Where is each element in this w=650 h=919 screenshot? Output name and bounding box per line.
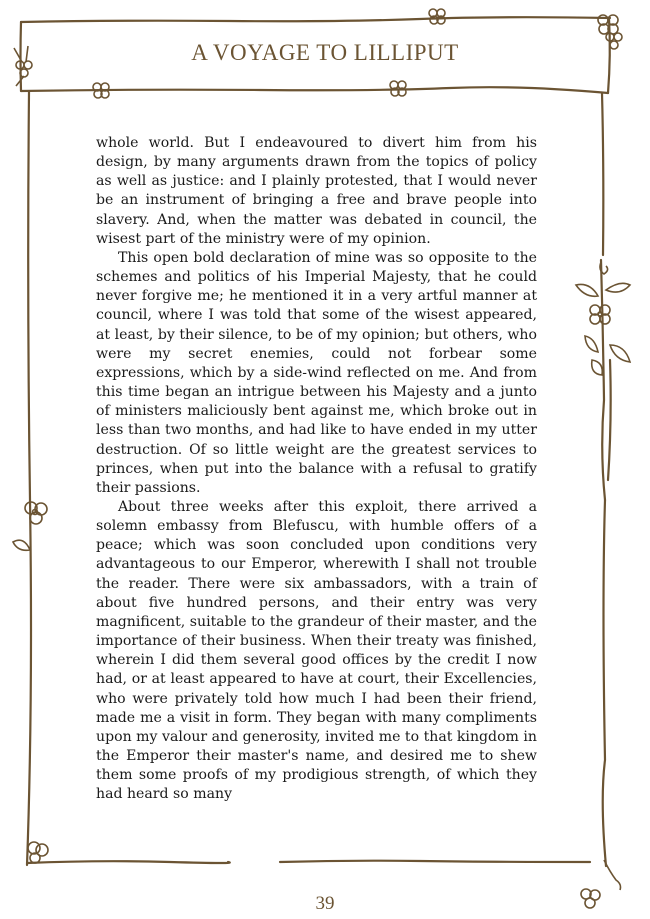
leaf-icon — [592, 360, 603, 375]
vine-stem — [601, 260, 605, 500]
leaf-icon — [585, 336, 598, 352]
paragraph: whole world. But I endeavoured to divert… — [96, 134, 537, 249]
page-title: A VOYAGE TO LILLIPUT — [0, 40, 650, 66]
frame-left-line — [27, 92, 31, 865]
vine-stem-2 — [608, 360, 611, 480]
frame-right-line — [602, 93, 603, 255]
page-number: 39 — [0, 893, 650, 915]
leaf-icon — [606, 283, 630, 292]
frame-right-lower-line — [603, 500, 606, 866]
paragraph: This open bold declaration of mine was s… — [96, 249, 537, 498]
frame-bottom-right-line — [280, 861, 590, 862]
paragraph: About three weeks after this exploit, th… — [96, 498, 537, 805]
page-body: whole world. But I endeavoured to divert… — [96, 134, 537, 804]
leaf-icon — [13, 540, 30, 550]
flower-icon — [390, 81, 406, 96]
frame-bottom-left-line — [27, 861, 230, 863]
title-box-top-line — [21, 17, 610, 22]
flower-icon — [429, 9, 445, 24]
leaf-icon — [576, 284, 598, 296]
leaf-icon — [610, 345, 630, 362]
vine-curl-icon — [604, 860, 621, 890]
flower-icon — [93, 83, 109, 98]
flower-icon — [590, 305, 610, 324]
flower-icon — [28, 842, 48, 863]
flower-icon — [25, 502, 47, 524]
